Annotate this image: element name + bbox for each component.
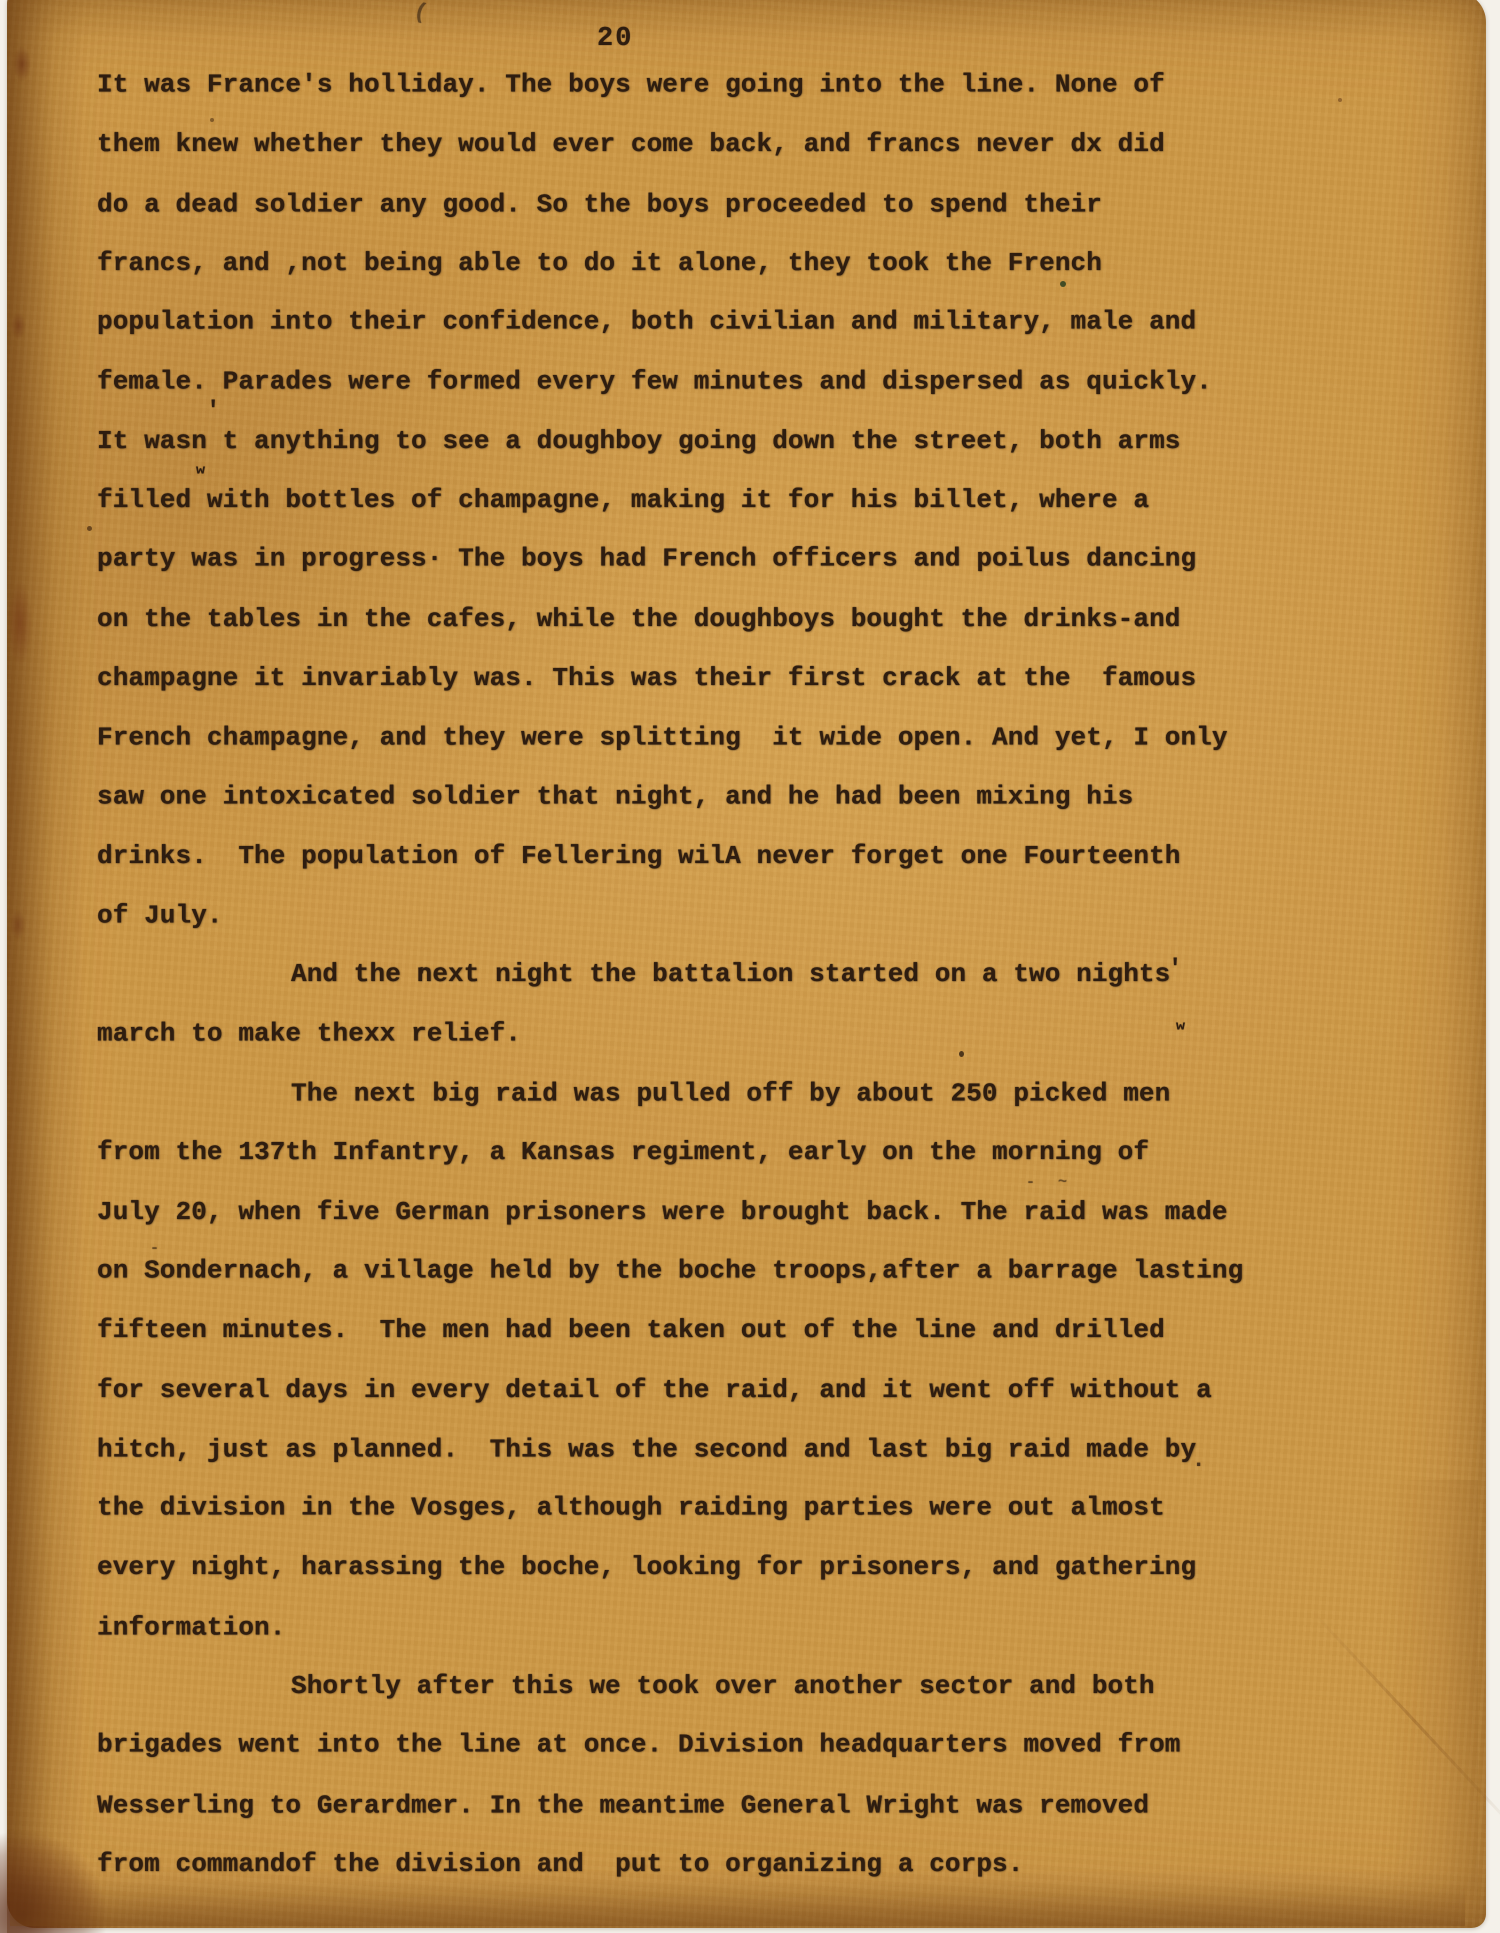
text-line: on Sondernach, a village held by the boc… [97,1242,1457,1301]
text-line: population into their confidence, both c… [97,293,1457,352]
text-line: July 20, when five German prisoners were… [97,1183,1457,1242]
text-line: saw one intoxicated soldier that night, … [97,767,1457,826]
text-line: fifteen minutes. The men had been taken … [97,1301,1457,1360]
text-line: do a dead soldier any good. So the boys … [97,175,1457,234]
text-line: them knew whether they would ever come b… [97,115,1457,174]
text-line: champagne it invariably was. This was th… [97,649,1457,708]
text-line: Wesserling to Gerardmer. In the meantime… [97,1776,1457,1835]
text-line: from the 137th Infantry, a Kansas regime… [97,1123,1457,1182]
text-line: for several days in every detail of the … [97,1361,1457,1420]
text-line: from commandof the division and put to o… [97,1835,1457,1894]
text-line: the division in the Vosges, although rai… [97,1479,1457,1538]
text-line: francs, and ,not being able to do it alo… [97,234,1457,293]
text-line: every night, harassing the boche, lookin… [97,1538,1457,1597]
text-line: march to make thexx relief. [97,1004,1457,1063]
text-line-paragraph-start: Shortly after this we took over another … [97,1657,1457,1716]
typewritten-text-block: It was France's holliday. The boys were … [97,56,1457,1894]
text-line: brigades went into the line at once. Div… [97,1716,1457,1775]
text-line-paragraph-start: And the next night the battalion started… [97,945,1457,1004]
scanned-document-page: 20 It was France's holliday. The boys we… [0,0,1500,1933]
text-line-paragraph-start: The next big raid was pulled off by abou… [97,1065,1457,1124]
page-number: 20 [597,24,633,54]
text-line: party was in progress· The boys had Fren… [97,530,1457,589]
text-line: information. [97,1598,1457,1657]
text-line: French champagne, and they were splittin… [97,709,1457,768]
text-line: It was France's holliday. The boys were … [97,56,1457,115]
text-line: drinks. The population of Fellering wilA… [97,827,1457,886]
text-line: hitch, just as planned. This was the sec… [97,1420,1457,1479]
text-line: of July. [97,887,1457,946]
text-line: It wasn t anything to see a doughboy goi… [97,412,1457,471]
text-line: female. Parades were formed every few mi… [97,353,1457,412]
text-line: on the tables in the cafes, while the do… [97,590,1457,649]
text-line: filled with bottles of champagne, making… [97,471,1457,530]
